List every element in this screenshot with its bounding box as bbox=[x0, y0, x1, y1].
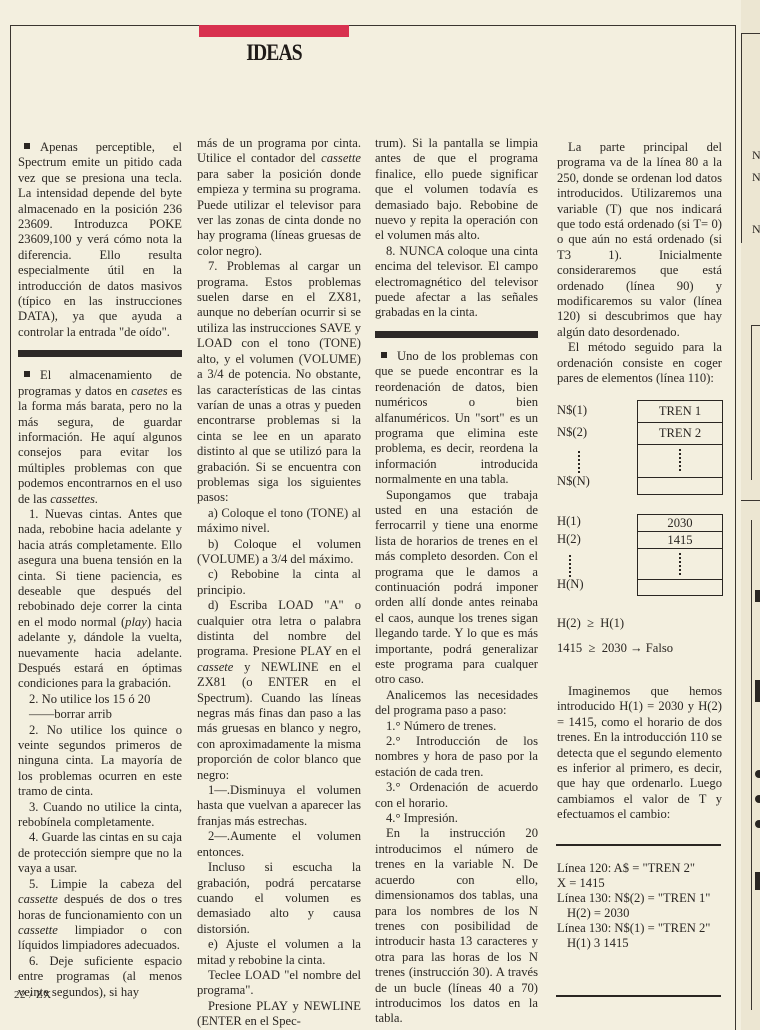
item-3: 3. Cuando no utilice la cinta, rebobínel… bbox=[18, 800, 182, 831]
section-title: IDEAS bbox=[210, 40, 338, 66]
vertical-dots-icon bbox=[578, 447, 580, 477]
item-1: 1. Nuevas cintas. Antes que nada, rebobi… bbox=[18, 507, 182, 692]
program-step-2: 2.° Introducción de los nombres y hora d… bbox=[375, 734, 538, 780]
metodo-paragraph: El método seguido para la ordenación con… bbox=[557, 340, 722, 386]
comparison-result: 1415 ≥ 2030 → Falso bbox=[557, 641, 673, 656]
vertical-dots-icon bbox=[679, 449, 681, 471]
op-line: Línea 130: N$(1) = "TREN 2" bbox=[557, 921, 722, 936]
item-8: 8. NUNCA coloque una cinta encima del te… bbox=[375, 244, 538, 321]
step-a: a) Coloque el tono (TONE) al máximo nive… bbox=[197, 506, 361, 537]
op-line: X = 1415 bbox=[557, 876, 722, 891]
edge-bullet-icon bbox=[755, 795, 760, 803]
vertical-dots-icon bbox=[679, 553, 681, 575]
supongamos-paragraph: Supongamos que trabaja usted en una esta… bbox=[375, 488, 538, 688]
edge-text: N bbox=[752, 148, 760, 163]
item-5: 5. Limpie la cabeza del cassette después… bbox=[18, 877, 182, 954]
column-4: La parte principal del programa va de la… bbox=[557, 140, 722, 387]
tip-cassette-intro: El almacenamiento de programas y datos e… bbox=[18, 368, 182, 507]
hours-cell-1: 2030 bbox=[638, 515, 722, 532]
item-6-continued: más de un programa por cinta. Utilice el… bbox=[197, 136, 361, 259]
program-step-1: 1.° Número de trenes. bbox=[375, 719, 538, 734]
substep-2: 2—.Aumente el volumen entonces. bbox=[197, 829, 361, 860]
step-b: b) Coloque el volumen (VOLUME) a 3/4 del… bbox=[197, 537, 361, 568]
teclee-paragraph: Teclee LOAD "el nombre del programa". bbox=[197, 968, 361, 999]
column-1: Apenas perceptible, el Spectrum emite un… bbox=[18, 140, 182, 1000]
item-7-continued: trum). Si la pantalla se limpia antes de… bbox=[375, 136, 538, 244]
tip-keyboard-beep: Apenas perceptible, el Spectrum emite un… bbox=[18, 140, 182, 340]
item-7: 7. Problemas al cargar un programa. Esto… bbox=[197, 259, 361, 506]
names-array-box: TREN 1 TREN 2 bbox=[637, 400, 723, 495]
hours-array-box: 2030 1415 bbox=[637, 514, 723, 596]
label-h2: H(2) bbox=[557, 532, 581, 547]
swap-operations: Línea 120: A$ = "TREN 2" X = 1415 Línea … bbox=[557, 861, 722, 951]
label-hn: H(N) bbox=[557, 577, 584, 592]
op-line: H(1) 3 1415 bbox=[557, 936, 722, 951]
page-frame-top bbox=[10, 25, 736, 26]
hours-cell-2: 1415 bbox=[638, 532, 722, 549]
item-2-draft-note: ——borrar arrib bbox=[18, 707, 182, 722]
adjacent-page-edge: N N N bbox=[741, 0, 760, 1030]
edge-bullet-icon bbox=[755, 820, 760, 828]
edge-block bbox=[755, 590, 760, 602]
page-number: 22 / ZX bbox=[14, 989, 52, 1001]
tip-sort-intro: Uno de los problemas con que se puede en… bbox=[375, 349, 538, 488]
edge-block bbox=[755, 872, 760, 890]
edge-rule bbox=[751, 325, 760, 326]
presione-paragraph: Presione PLAY y NEWLINE (ENTER en el Spe… bbox=[197, 999, 361, 1030]
edge-block bbox=[755, 680, 760, 702]
label-n1: N$(1) bbox=[557, 403, 587, 418]
code-box-bottom-rule bbox=[556, 995, 721, 997]
step-e: e) Ajuste el volumen a la mitad y rebobi… bbox=[197, 937, 361, 968]
column-3: trum). Si la pantalla se limpia antes de… bbox=[375, 136, 538, 1027]
names-cell-n bbox=[638, 478, 722, 494]
analicemos-paragraph: Analicemos las necesidades del programa … bbox=[375, 688, 538, 719]
section-divider bbox=[375, 331, 538, 338]
hours-cell-dots bbox=[638, 549, 722, 580]
section-accent-bar bbox=[199, 25, 349, 37]
comparison-expression: H(2) ≥ H(1) bbox=[557, 616, 624, 631]
bullet-square-icon bbox=[24, 143, 30, 149]
page-frame-left bbox=[10, 25, 11, 980]
edge-text: N bbox=[752, 222, 760, 237]
names-cell-dots bbox=[638, 445, 722, 478]
edge-rule bbox=[751, 325, 752, 480]
label-h1: H(1) bbox=[557, 514, 581, 529]
op-line: Línea 120: A$ = "TREN 2" bbox=[557, 861, 722, 876]
step-c: c) Rebobine la cinta al principio. bbox=[197, 567, 361, 598]
edge-rule bbox=[741, 33, 742, 243]
program-step-4: 4.° Impresión. bbox=[375, 811, 538, 826]
names-cell-1: TREN 1 bbox=[638, 401, 722, 423]
code-box-top-rule bbox=[556, 844, 721, 846]
bullet-square-icon bbox=[381, 352, 387, 358]
page-frame-right bbox=[735, 25, 736, 1030]
item-2: 2. No utilice los quince o veinte segund… bbox=[18, 723, 182, 800]
item-4: 4. Guarde las cintas en su caja de prote… bbox=[18, 830, 182, 876]
label-n2: N$(2) bbox=[557, 425, 587, 440]
substep-1: 1—.Disminuya el volumen hasta que vuelva… bbox=[197, 783, 361, 829]
column-2: más de un programa por cinta. Utilice el… bbox=[197, 136, 361, 1030]
item-2-draft: 2. No utilice los 15 ó 20 bbox=[18, 692, 182, 707]
edge-bullet-icon bbox=[755, 770, 760, 778]
edge-rule bbox=[751, 520, 752, 1010]
edge-rule bbox=[741, 33, 760, 34]
names-cell-2: TREN 2 bbox=[638, 423, 722, 445]
hours-cell-n bbox=[638, 580, 722, 595]
imaginemos-paragraph: Imaginemos que hemos introducido H(1) = … bbox=[557, 684, 722, 823]
section-divider bbox=[18, 350, 182, 357]
program-step-3: 3.° Ordenación de acuerdo con el horario… bbox=[375, 780, 538, 811]
parte-principal-paragraph: La parte principal del programa va de la… bbox=[557, 140, 722, 340]
incluso-paragraph: Incluso si escucha la grabación, podrá p… bbox=[197, 860, 361, 937]
bullet-square-icon bbox=[24, 371, 30, 377]
op-line: H(2) = 2030 bbox=[557, 906, 722, 921]
label-nn: N$(N) bbox=[557, 474, 590, 489]
instruccion-20-paragraph: En la instrucción 20 introducimos el núm… bbox=[375, 826, 538, 1026]
column-4-lower: Imaginemos que hemos introducido H(1) = … bbox=[557, 684, 722, 823]
step-d: d) Escriba LOAD "A" o cualquier otra let… bbox=[197, 598, 361, 783]
op-line: Línea 130: N$(2) = "TREN 1" bbox=[557, 891, 722, 906]
edge-text: N bbox=[752, 170, 760, 185]
edge-rule bbox=[741, 500, 760, 501]
